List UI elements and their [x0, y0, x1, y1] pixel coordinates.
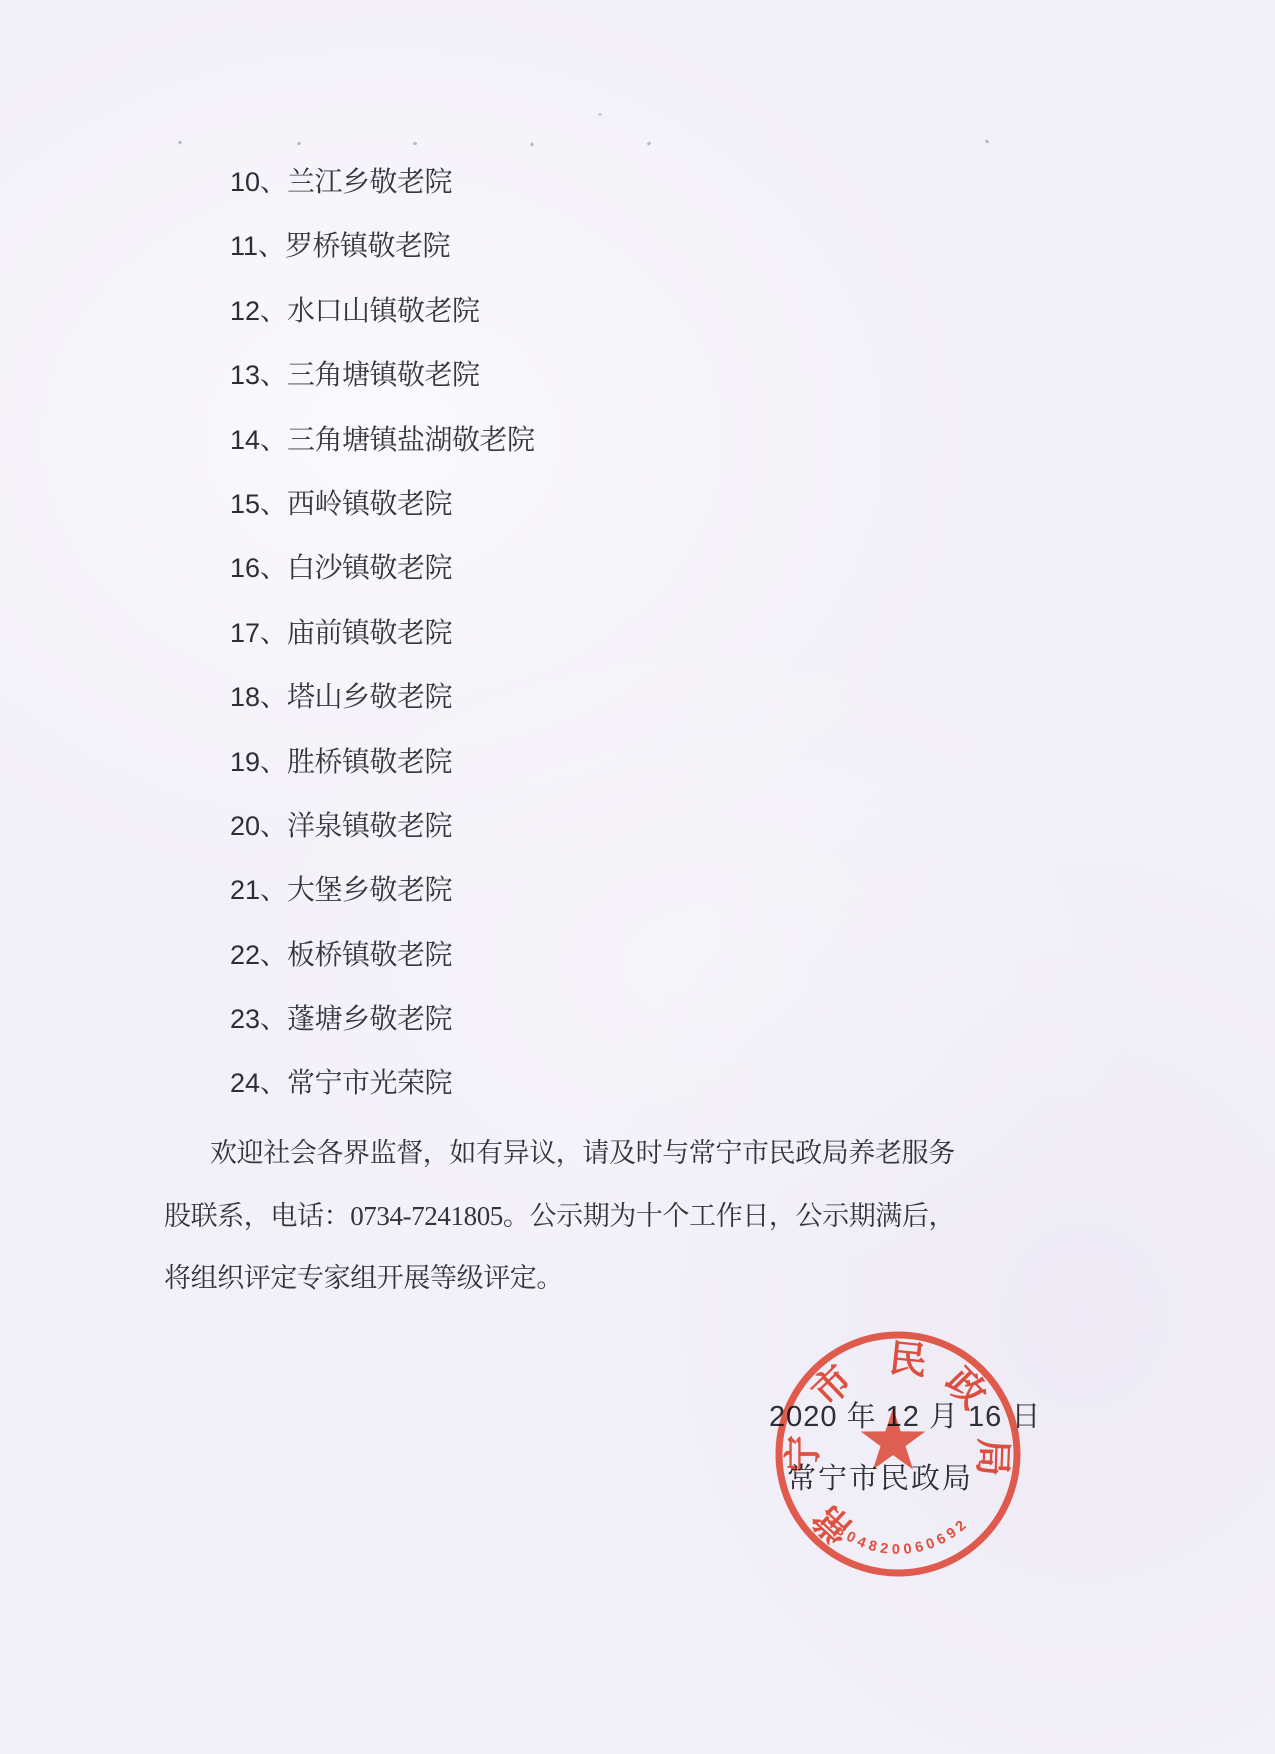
scan-speck	[985, 139, 990, 144]
scan-speck	[530, 142, 535, 147]
facility-name: 常宁市光荣院	[287, 1068, 452, 1099]
list-item: 15、西岭镇敬老院	[230, 472, 535, 536]
scan-speck	[647, 141, 652, 146]
facility-name: 三角塘镇盐湖敬老院	[287, 425, 535, 456]
seal-ring-char: 民	[887, 1338, 929, 1384]
list-item: 17、庙前镇敬老院	[230, 601, 535, 665]
document-page: 10、兰江乡敬老院 11、罗桥镇敬老院 12、水口山镇敬老院 13、三角塘镇敬老…	[0, 0, 1275, 1754]
list-item-number: 19、	[230, 747, 287, 777]
seal-star-icon	[861, 1408, 926, 1470]
facility-name: 西岭镇敬老院	[287, 489, 452, 520]
paragraph-line: 股联系，电话：0734-7241805。公示期为十个工作日，公示期满后，	[164, 1185, 974, 1248]
list-item-number: 15、	[230, 489, 287, 519]
list-item: 14、三角塘镇盐湖敬老院	[230, 408, 535, 472]
list-item: 12、水口山镇敬老院	[230, 279, 535, 343]
list-item: 24、常宁市光荣院	[230, 1051, 535, 1115]
seal-ring-char: 局	[970, 1438, 1013, 1477]
scan-speck	[598, 113, 602, 116]
official-seal: 常 宁 市 民 政 局 4304820060692	[768, 1324, 1028, 1584]
list-item: 18、塔山乡敬老院	[230, 665, 535, 729]
list-item-number: 24、	[230, 1068, 287, 1098]
list-item-number: 22、	[230, 940, 287, 970]
list-item: 13、三角塘镇敬老院	[230, 343, 535, 407]
facility-name: 塔山乡敬老院	[287, 682, 452, 713]
list-item-number: 11、	[230, 231, 285, 261]
facility-name: 庙前镇敬老院	[287, 618, 452, 649]
list-item-number: 17、	[230, 618, 287, 648]
scan-speck	[178, 140, 183, 145]
list-item-number: 12、	[230, 296, 287, 326]
list-item-number: 13、	[230, 360, 287, 390]
facility-name: 三角塘镇敬老院	[287, 360, 480, 391]
list-item: 23、蓬塘乡敬老院	[230, 987, 535, 1051]
list-item: 16、白沙镇敬老院	[230, 536, 535, 600]
list-item: 20、洋泉镇敬老院	[230, 794, 535, 858]
seal-ring-char: 宁	[783, 1435, 825, 1473]
facility-name: 白沙镇敬老院	[287, 553, 452, 584]
scan-speck	[413, 142, 417, 145]
list-item-number: 14、	[230, 425, 287, 455]
list-item-number: 21、	[230, 875, 287, 905]
facility-name: 胜桥镇敬老院	[287, 747, 452, 778]
list-item-number: 23、	[230, 1004, 287, 1034]
facility-name: 罗桥镇敬老院	[285, 231, 450, 262]
list-item: 22、板桥镇敬老院	[230, 923, 535, 987]
facility-list: 10、兰江乡敬老院 11、罗桥镇敬老院 12、水口山镇敬老院 13、三角塘镇敬老…	[230, 150, 535, 1116]
list-item-number: 16、	[230, 553, 287, 583]
list-item-number: 20、	[230, 811, 287, 841]
facility-name: 兰江乡敬老院	[287, 167, 452, 198]
notice-paragraph: 欢迎社会各界监督，如有异议，请及时与常宁市民政局养老服务 股联系，电话：0734…	[164, 1122, 974, 1310]
list-item: 10、兰江乡敬老院	[230, 150, 535, 214]
facility-name: 洋泉镇敬老院	[287, 811, 452, 842]
list-item: 21、大堡乡敬老院	[230, 858, 535, 922]
list-item-number: 18、	[230, 682, 287, 712]
paragraph-line: 将组织评定专家组开展等级评定。	[164, 1247, 974, 1310]
paragraph-line: 欢迎社会各界监督，如有异议，请及时与常宁市民政局养老服务	[164, 1122, 974, 1185]
list-item-number: 10、	[230, 167, 287, 197]
facility-name: 大堡乡敬老院	[287, 875, 452, 906]
facility-name: 板桥镇敬老院	[287, 940, 452, 971]
list-item: 19、胜桥镇敬老院	[230, 730, 535, 794]
facility-name: 水口山镇敬老院	[287, 296, 480, 327]
scan-speck	[297, 141, 302, 146]
facility-name: 蓬塘乡敬老院	[287, 1004, 452, 1035]
list-item: 11、罗桥镇敬老院	[230, 214, 535, 278]
